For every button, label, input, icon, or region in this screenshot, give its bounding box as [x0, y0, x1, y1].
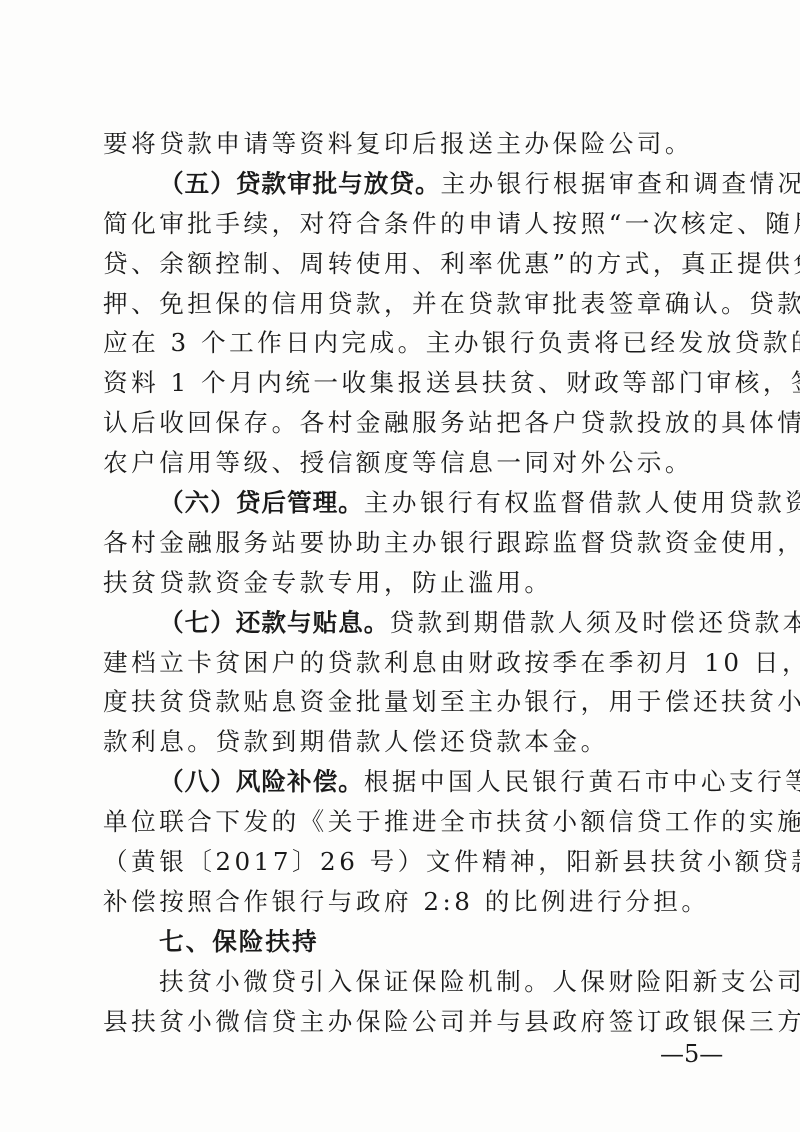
paragraph-line: 要将贷款申请等资料复印后报送主办保险公司。 [103, 124, 699, 164]
section-heading-insurance: 七、保险扶持 [103, 922, 699, 962]
paragraph-line: （六）贷后管理。主办银行有权监督借款人使用贷款资金， [103, 483, 699, 523]
paragraph-line: （黄银〔2017〕26 号）文件精神，阳新县扶贫小额贷款的风险 [103, 842, 699, 882]
line-text: （黄银〔2017〕26 号）文件精神，阳新县扶贫小额贷款的风险 [103, 847, 800, 876]
paragraph-line: 贷、余额控制、周转使用、利率优惠”的方式，真正提供免抵 [103, 244, 699, 284]
paragraph-line: 款利息。贷款到期借款人偿还贷款本金。 [103, 722, 699, 762]
line-text: 度扶贫贷款贴息资金批量划至主办银行，用于偿还扶贫小微贷 [103, 687, 800, 716]
paragraph-line: 扶贫小微贷引入保证保险机制。人保财险阳新支公司为全 [103, 962, 699, 1002]
line-text: 补偿按照合作银行与政府 2:8 的比例进行分担。 [103, 887, 710, 916]
line-text: 农户信用等级、授信额度等信息一同对外公示。 [103, 448, 693, 477]
subsection-title-loan-approval: （五）贷款审批与放贷。 [159, 169, 441, 198]
line-text: 主办银行根据审查和调查情况， [441, 169, 800, 198]
paragraph-line: 应在 3 个工作日内完成。主办银行负责将已经发放贷款的审批 [103, 323, 699, 363]
line-text: 扶贫贷款资金专款专用，防止滥用。 [103, 568, 553, 597]
line-text: 扶贫小微贷引入保证保险机制。人保财险阳新支公司为全 [159, 967, 800, 996]
page-number: —5— [660, 1040, 723, 1068]
paragraph-line: 各村金融服务站要协助主办银行跟踪监督贷款资金使用，做到 [103, 523, 699, 563]
paragraph-line: 度扶贫贷款贴息资金批量划至主办银行，用于偿还扶贫小微贷 [103, 682, 699, 722]
paragraph-line: 县扶贫小微信贷主办保险公司并与县政府签订政银保三方协 [103, 1002, 699, 1042]
paragraph-line: 认后收回保存。各村金融服务站把各户贷款投放的具体情况与 [103, 403, 699, 443]
line-text: 主办银行有权监督借款人使用贷款资金， [364, 488, 800, 517]
line-text: 资料 1 个月内统一收集报送县扶贫、财政等部门审核，签章确 [103, 368, 800, 397]
line-text: 应在 3 个工作日内完成。主办银行负责将已经发放贷款的审批 [103, 328, 800, 357]
document-page: 要将贷款申请等资料复印后报送主办保险公司。 （五）贷款审批与放贷。主办银行根据审… [103, 124, 699, 1041]
paragraph-line: 押、免担保的信用贷款，并在贷款审批表签章确认。贷款放贷 [103, 284, 699, 324]
line-text: 建档立卡贫困户的贷款利息由财政按季在季初月 10 日，将本季 [103, 648, 800, 677]
paragraph-line: 农户信用等级、授信额度等信息一同对外公示。 [103, 443, 699, 483]
paragraph-line: （八）风险补偿。根据中国人民银行黄石市中心支行等 6 [103, 762, 699, 802]
line-text: 认后收回保存。各村金融服务站把各户贷款投放的具体情况与 [103, 408, 800, 437]
paragraph-line: 简化审批手续，对符合条件的申请人按照“一次核定、随用随 [103, 204, 699, 244]
paragraph-line: 单位联合下发的《关于推进全市扶贫小额信贷工作的实施意见》 [103, 802, 699, 842]
paragraph-line: 建档立卡贫困户的贷款利息由财政按季在季初月 10 日，将本季 [103, 643, 699, 683]
line-text: 押、免担保的信用贷款，并在贷款审批表签章确认。贷款放贷 [103, 289, 800, 318]
paragraph-line: 资料 1 个月内统一收集报送县扶贫、财政等部门审核，签章确 [103, 363, 699, 403]
subsection-title-risk-compensation: （八）风险补偿。 [159, 767, 364, 796]
line-text: 简化审批手续，对符合条件的申请人按照“一次核定、随用随 [103, 209, 800, 238]
line-text: 根据中国人民银行黄石市中心支行等 6 [364, 767, 800, 796]
paragraph-line: （七）还款与贴息。贷款到期借款人须及时偿还贷款本息。 [103, 603, 699, 643]
line-text: 县扶贫小微信贷主办保险公司并与县政府签订政银保三方协 [103, 1007, 800, 1036]
paragraph-line: 扶贫贷款资金专款专用，防止滥用。 [103, 563, 699, 603]
paragraph-line: 补偿按照合作银行与政府 2:8 的比例进行分担。 [103, 882, 699, 922]
line-text: 各村金融服务站要协助主办银行跟踪监督贷款资金使用，做到 [103, 528, 800, 557]
subsection-title-post-loan: （六）贷后管理。 [159, 488, 364, 517]
line-text: 单位联合下发的《关于推进全市扶贫小额信贷工作的实施意见》 [103, 807, 800, 836]
line-text: 款利息。贷款到期借款人偿还贷款本金。 [103, 727, 609, 756]
line-text: 贷、余额控制、周转使用、利率优惠”的方式，真正提供免抵 [103, 249, 800, 278]
line-text: 贷款到期借款人须及时偿还贷款本息。 [389, 608, 800, 637]
paragraph-line: （五）贷款审批与放贷。主办银行根据审查和调查情况， [103, 164, 699, 204]
line-text: 要将贷款申请等资料复印后报送主办保险公司。 [103, 129, 693, 158]
subsection-title-repayment: （七）还款与贴息。 [159, 608, 389, 637]
